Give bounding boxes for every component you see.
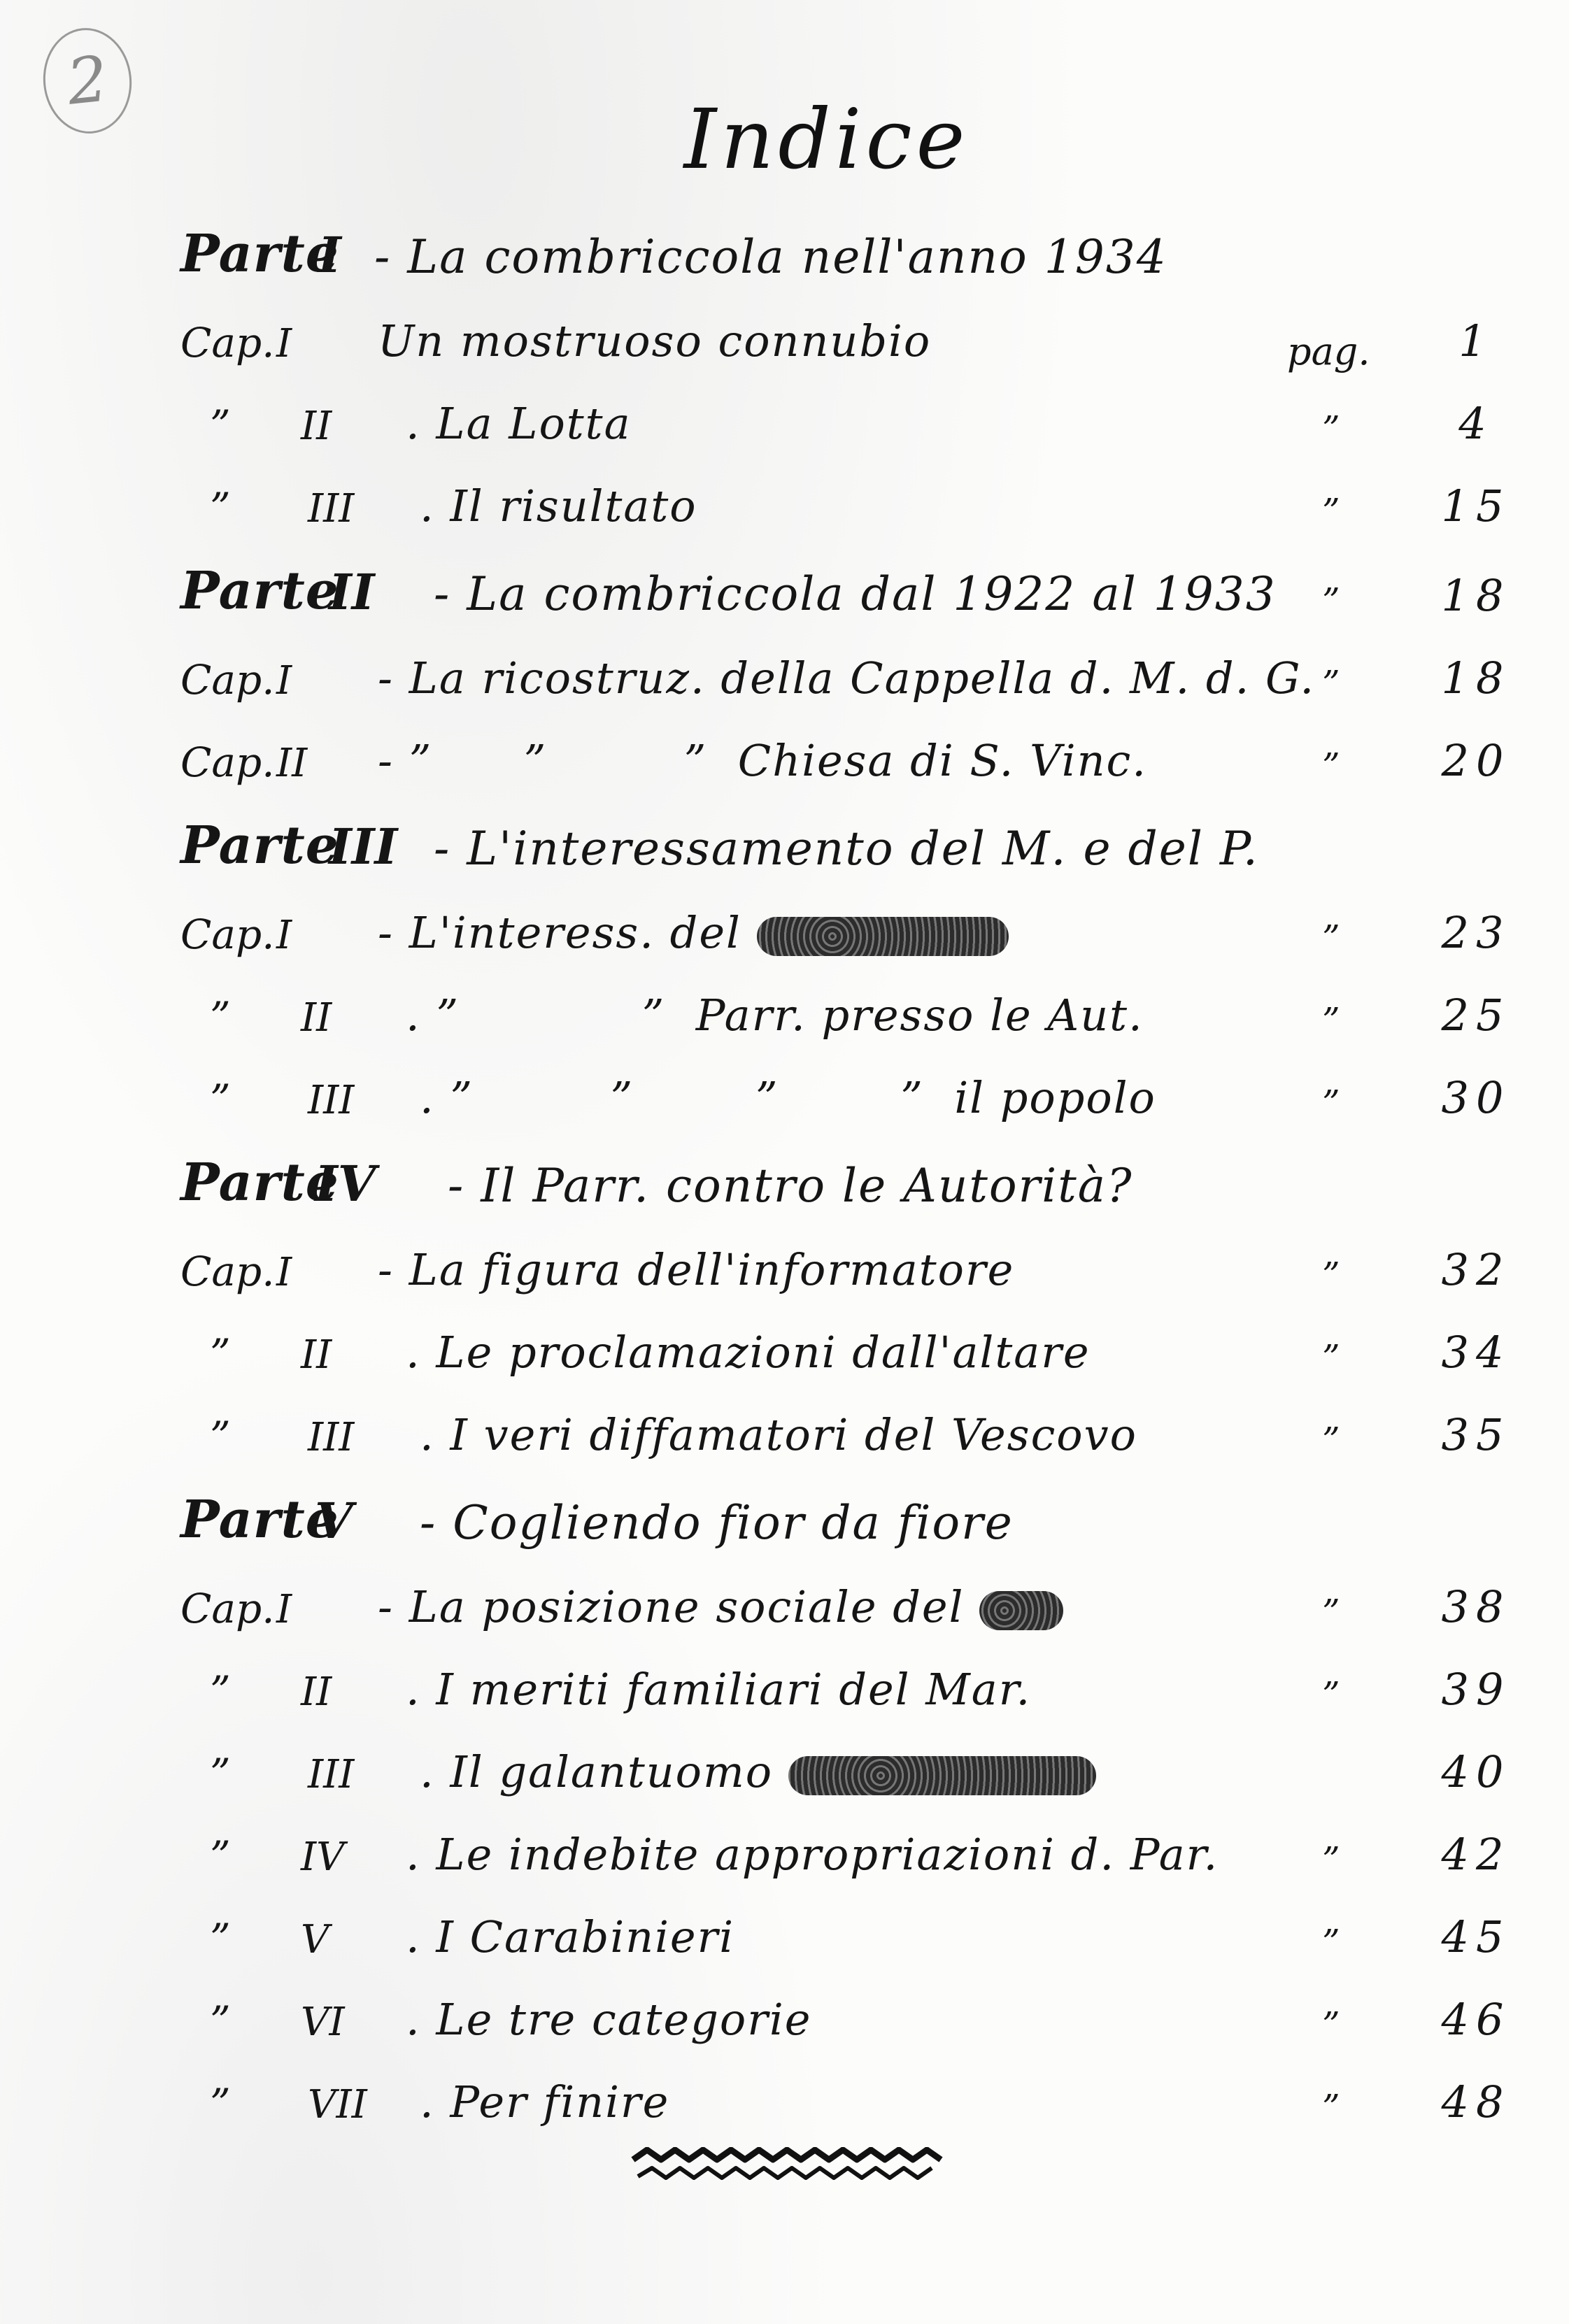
- chapter-title-text: I meriti familiari del Mar.: [436, 1664, 1031, 1715]
- chapter-prefix: ”: [210, 1667, 308, 1715]
- ditto-mark: ”: [1322, 1839, 1340, 1880]
- chapter-title: . Il risultato: [420, 480, 697, 532]
- chapter-roman-numeral: II: [301, 1332, 332, 1378]
- chapter-title: . Il galantuomo: [420, 1746, 1096, 1797]
- ditto-mark: ”: [1322, 1083, 1340, 1123]
- chapter-title-dash: -: [378, 1244, 409, 1295]
- chapter-title-dash: .: [406, 1911, 436, 1962]
- chapter-roman-numeral: I: [276, 321, 292, 366]
- part-title-text: La combriccola dal 1922 al 1933: [467, 567, 1276, 621]
- page-label: pag.: [1287, 329, 1370, 373]
- chapter-roman-numeral: II: [301, 404, 332, 449]
- part-title-text: Cogliendo fior da fiore: [453, 1496, 1014, 1550]
- page-number: 32: [1430, 1244, 1521, 1295]
- chapter-row: Cap.I- La posizione sociale del ”38: [0, 1565, 1569, 1648]
- part-heading-row: ParteI- La combriccola nell'anno 1934: [0, 210, 1569, 299]
- page-number: 18: [1430, 570, 1521, 621]
- ditto-mark: ”: [1322, 1255, 1340, 1295]
- chapter-title: . ” ” ” ” il popolo: [420, 1072, 1156, 1123]
- part-heading-row: ParteIV- Il Parr. contro le Autorità?: [0, 1139, 1569, 1228]
- page-number: 15: [1430, 480, 1521, 532]
- chapter-prefix: Cap.: [180, 1585, 278, 1632]
- chapter-prefix: ”: [210, 993, 308, 1041]
- ditto-mark: ”: [1322, 580, 1340, 621]
- chapter-row: Cap.II- ” ” ” Chiesa di S. Vinc.”20: [0, 719, 1569, 801]
- chapter-roman-numeral: III: [308, 1752, 354, 1797]
- chapter-prefix: ”: [210, 1076, 308, 1123]
- chapter-title-text: ” ” ” Chiesa di S. Vinc.: [409, 735, 1147, 786]
- chapter-title-text: ” ” ” ” il popolo: [450, 1072, 1156, 1123]
- chapter-prefix: Cap.: [180, 1248, 278, 1295]
- chapter-title: . ” ” Parr. presso le Aut.: [406, 990, 1144, 1041]
- chapter-title-text: Le tre categorie: [436, 1994, 811, 2045]
- page-number: 40: [1430, 1746, 1521, 1797]
- ditto-mark: ”: [1322, 1420, 1340, 1460]
- ditto-mark: ”: [1322, 918, 1340, 958]
- ditto-mark: ”: [1322, 408, 1340, 449]
- chapter-title: . I Carabinieri: [406, 1911, 734, 1962]
- chapter-prefix: ”: [210, 1997, 308, 2045]
- chapter-prefix: ”: [210, 2080, 308, 2127]
- chapter-row: ”III. Il galantuomo 40: [0, 1730, 1569, 1813]
- chapter-title-dash: .: [406, 1994, 436, 2045]
- page-number: 4: [1430, 398, 1521, 449]
- ditto-mark: ”: [1322, 2004, 1340, 2045]
- part-title-dash: -: [434, 822, 467, 876]
- part-heading-row: ParteIII- L'interessamento del M. e del …: [0, 801, 1569, 891]
- chapter-title-dash: -: [378, 653, 409, 704]
- chapter-row: ”VI. Le tre categorie”46: [0, 1978, 1569, 2060]
- chapter-title-dash: .: [406, 1829, 436, 1880]
- page-number: 1: [1430, 315, 1521, 366]
- ditto-mark: ”: [1322, 746, 1340, 786]
- chapter-title: . I meriti familiari del Mar.: [406, 1664, 1031, 1715]
- chapter-roman-numeral: I: [276, 913, 292, 958]
- chapter-title: - ” ” ” Chiesa di S. Vinc.: [378, 735, 1147, 786]
- chapter-title-dash: -: [378, 1581, 409, 1632]
- ditto-mark: ”: [1322, 1922, 1340, 1962]
- chapter-title: . Le proclamazioni dall'altare: [406, 1327, 1091, 1378]
- chapter-title-dash: .: [420, 2076, 450, 2127]
- chapter-prefix: ”: [210, 484, 308, 532]
- chapter-roman-numeral: II: [301, 1669, 332, 1715]
- chapter-title: . La Lotta: [406, 398, 632, 449]
- chapter-roman-numeral: I: [276, 1587, 292, 1632]
- ditto-mark: ”: [1322, 2087, 1340, 2127]
- chapter-title-text: Le proclamazioni dall'altare: [436, 1327, 1090, 1378]
- chapter-prefix: ”: [210, 1832, 308, 1880]
- chapter-row: Cap.I- La figura dell'informatore”32: [0, 1228, 1569, 1311]
- closing-ornament-icon: [630, 2147, 951, 2189]
- chapter-title-text: I veri diffamatori del Vescovo: [450, 1409, 1137, 1460]
- page-number: 48: [1430, 2076, 1521, 2127]
- chapter-prefix: Cap.: [180, 656, 278, 704]
- chapter-title: - L'interess. del: [378, 907, 1009, 958]
- part-title: - L'interessamento del M. e del P.: [434, 822, 1259, 876]
- page-number: 35: [1430, 1409, 1521, 1460]
- chapter-row: ”II. La Lotta”4: [0, 382, 1569, 464]
- redacted-scribble: [979, 1591, 1063, 1630]
- chapter-roman-numeral: II: [301, 995, 332, 1041]
- part-title-text: La combriccola nell'anno 1934: [407, 230, 1167, 284]
- chapter-prefix: Cap.: [180, 319, 278, 366]
- chapter-title-text: La posizione sociale del: [409, 1581, 965, 1632]
- table-of-contents: ParteI- La combriccola nell'anno 1934Cap…: [0, 210, 1569, 2143]
- page-number: 30: [1430, 1072, 1521, 1123]
- part-title-dash: -: [448, 1159, 481, 1213]
- chapter-row: ”III. I veri diffamatori del Vescovo”35: [0, 1393, 1569, 1476]
- chapter-title-text: ” ” Parr. presso le Aut.: [436, 990, 1143, 1041]
- ditto-mark: ”: [1322, 663, 1340, 704]
- page-number: 18: [1430, 653, 1521, 704]
- part-title-dash: -: [434, 567, 467, 621]
- chapter-roman-numeral: III: [308, 1078, 354, 1123]
- chapter-title: - La posizione sociale del: [378, 1581, 1063, 1632]
- page-number: 34: [1430, 1327, 1521, 1378]
- part-title: - Il Parr. contro le Autorità?: [448, 1159, 1133, 1213]
- part-label: Parte: [180, 815, 339, 876]
- chapter-title-text: Per finire: [450, 2076, 669, 2127]
- part-title: - La combriccola nell'anno 1934: [374, 230, 1167, 284]
- manuscript-page: 2 Indice ParteI- La combriccola nell'ann…: [0, 0, 1569, 2324]
- chapter-title-text: L'interess. del: [409, 907, 741, 958]
- chapter-title-text: Il galantuomo: [450, 1746, 773, 1797]
- chapter-title: . I veri diffamatori del Vescovo: [420, 1409, 1137, 1460]
- page-number: 39: [1430, 1664, 1521, 1715]
- chapter-title-text: La Lotta: [436, 398, 631, 449]
- chapter-row: ”II. I meriti familiari del Mar.”39: [0, 1648, 1569, 1730]
- page-number: 38: [1430, 1581, 1521, 1632]
- chapter-title-dash: .: [406, 1664, 436, 1715]
- chapter-title-text: Un mostruoso connubio: [378, 315, 931, 366]
- part-title-text: L'interessamento del M. e del P.: [467, 822, 1259, 876]
- chapter-row: Cap.I- La ricostruz. della Cappella d. M…: [0, 636, 1569, 719]
- ditto-mark: ”: [1322, 1592, 1340, 1632]
- chapter-title-text: I Carabinieri: [436, 1911, 734, 1962]
- chapter-row: ”III. ” ” ” ” il popolo”30: [0, 1056, 1569, 1139]
- part-title-text: Il Parr. contro le Autorità?: [481, 1159, 1133, 1213]
- chapter-roman-numeral: I: [276, 658, 292, 704]
- chapter-title-text: Il risultato: [450, 480, 697, 532]
- chapter-prefix: ”: [210, 1413, 308, 1460]
- chapter-title: . Le tre categorie: [406, 1994, 811, 2045]
- chapter-prefix: ”: [210, 1915, 308, 1962]
- chapter-roman-numeral: II: [276, 741, 307, 786]
- chapter-title: . Per finire: [420, 2076, 669, 2127]
- chapter-row: ”II. ” ” Parr. presso le Aut.”25: [0, 974, 1569, 1056]
- chapter-row: ”IV. Le indebite appropriazioni d. Par.”…: [0, 1813, 1569, 1895]
- ditto-mark: ”: [1322, 1337, 1340, 1378]
- page-number: 25: [1430, 990, 1521, 1041]
- page-number: 42: [1430, 1829, 1521, 1880]
- chapter-prefix: ”: [210, 1330, 308, 1378]
- chapter-title: - La ricostruz. della Cappella d. M. d. …: [378, 653, 1315, 704]
- chapter-row: ”II. Le proclamazioni dall'altare”34: [0, 1311, 1569, 1393]
- chapter-title-dash: .: [420, 1072, 450, 1123]
- ditto-mark: ”: [1322, 1674, 1340, 1715]
- chapter-row: ”III. Il risultato”15: [0, 464, 1569, 547]
- chapter-title-dash: .: [420, 480, 450, 532]
- chapter-row: ”V. I Carabinieri”45: [0, 1895, 1569, 1978]
- part-title-dash: -: [374, 230, 407, 284]
- part-label: Parte: [180, 561, 339, 621]
- chapter-title-dash: .: [406, 990, 436, 1041]
- part-roman-numeral: IV: [315, 1155, 376, 1213]
- chapter-roman-numeral: VII: [308, 2082, 367, 2127]
- part-roman-numeral: V: [315, 1492, 353, 1550]
- redacted-scribble: [757, 917, 1009, 956]
- part-roman-numeral: II: [329, 563, 375, 621]
- part-heading-row: ParteII- La combriccola dal 1922 al 1933…: [0, 547, 1569, 636]
- chapter-prefix: Cap.: [180, 911, 278, 958]
- chapter-title-dash: .: [406, 1327, 436, 1378]
- chapter-roman-numeral: I: [276, 1250, 292, 1295]
- ditto-mark: ”: [1322, 491, 1340, 532]
- chapter-title: Un mostruoso connubio: [378, 315, 931, 366]
- chapter-roman-numeral: VI: [301, 1999, 345, 2045]
- chapter-prefix: Cap.: [180, 739, 278, 786]
- part-roman-numeral: III: [329, 818, 397, 876]
- part-title: - Cogliendo fior da fiore: [420, 1496, 1014, 1550]
- page-number: 20: [1430, 735, 1521, 786]
- chapter-roman-numeral: III: [308, 486, 354, 532]
- page-number: 45: [1430, 1911, 1521, 1962]
- chapter-title-text: Le indebite appropriazioni d. Par.: [436, 1829, 1219, 1880]
- chapter-prefix: ”: [210, 401, 308, 449]
- chapter-prefix: ”: [210, 1750, 308, 1797]
- part-roman-numeral: I: [318, 226, 341, 284]
- chapter-row: Cap.I- L'interess. del ”23: [0, 891, 1569, 974]
- chapter-roman-numeral: V: [301, 1917, 329, 1962]
- chapter-roman-numeral: IV: [301, 1834, 345, 1880]
- part-heading-row: ParteV- Cogliendo fior da fiore: [0, 1476, 1569, 1565]
- chapter-title-text: La figura dell'informatore: [409, 1244, 1015, 1295]
- chapter-title-dash: .: [406, 398, 436, 449]
- ditto-mark: ”: [1322, 1000, 1340, 1041]
- chapter-title-dash: .: [420, 1409, 450, 1460]
- chapter-row: Cap.IUn mostruoso connubiopag.1: [0, 299, 1569, 382]
- part-title-dash: -: [420, 1496, 453, 1550]
- page-number: 23: [1430, 907, 1521, 958]
- chapter-title: . Le indebite appropriazioni d. Par.: [406, 1829, 1219, 1880]
- chapter-title-dash: -: [378, 735, 409, 786]
- page-number: 46: [1430, 1994, 1521, 2045]
- chapter-title-text: La ricostruz. della Cappella d. M. d. G.: [409, 653, 1315, 704]
- part-title: - La combriccola dal 1922 al 1933: [434, 567, 1277, 621]
- part-label: Parte: [180, 224, 339, 284]
- chapter-roman-numeral: III: [308, 1415, 354, 1460]
- page-title: Indice: [0, 91, 1569, 187]
- chapter-row: ”VII. Per finire”48: [0, 2060, 1569, 2143]
- chapter-title-dash: .: [420, 1746, 450, 1797]
- chapter-title-dash: -: [378, 907, 409, 958]
- redacted-scribble: [788, 1756, 1096, 1795]
- chapter-title: - La figura dell'informatore: [378, 1244, 1014, 1295]
